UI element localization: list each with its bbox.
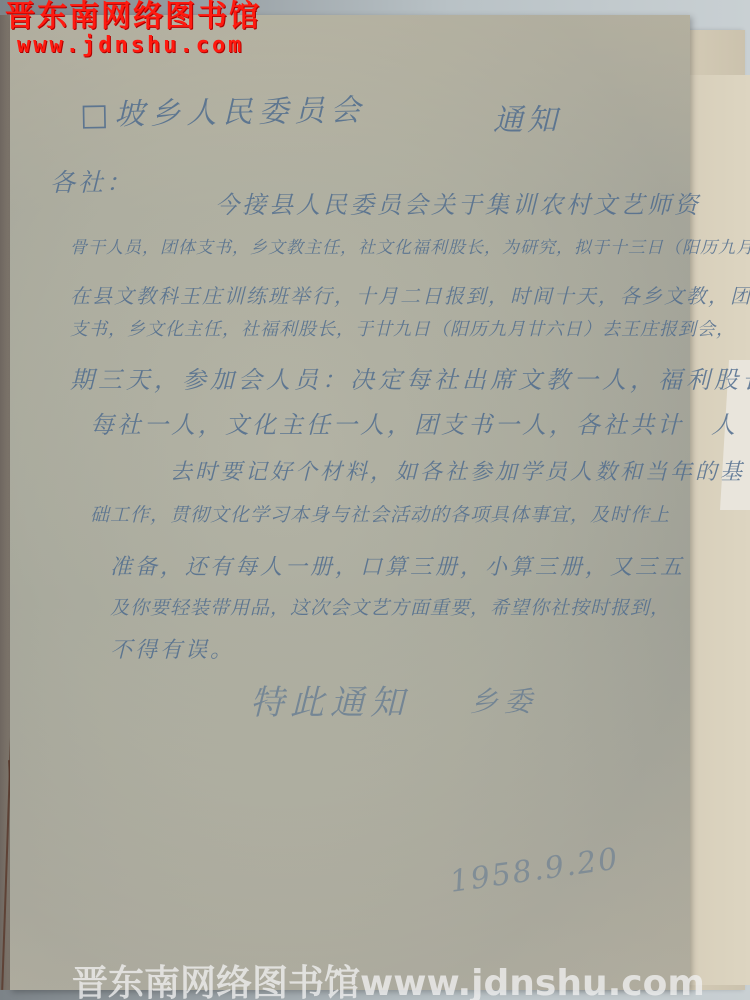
- closing-text: 特此通知: [250, 675, 410, 724]
- body-line-5: 期三天，参加会人员：决定每社出席文教一人，福利股长: [70, 360, 750, 395]
- seal-text: 乡委: [470, 680, 538, 720]
- body-line-9: 准备，还有每人一册，口算三册，小算三册，又三五: [110, 550, 685, 581]
- watermark-url: www.jdnshu.com: [5, 34, 261, 58]
- notice-heading: 通知: [493, 95, 561, 139]
- body-line-1: 今接县人民委员会关于集训农村文艺师资: [215, 185, 701, 220]
- body-line-11: 不得有误。: [110, 633, 235, 664]
- handwritten-notice: □坡乡人民委员会 通知 各社： 今接县人民委员会关于集训农村文艺师资 骨干人员，…: [10, 15, 690, 990]
- document-date: 1958.9.20: [448, 841, 622, 899]
- watermark-title: 晋东南网络图书馆: [5, 0, 261, 34]
- body-line-2: 骨干人员，团体支书，乡文教主任，社文化福利股长，为研究，拟于十三日（阳历九月）: [70, 233, 750, 258]
- body-line-4: 支书，乡文化主任，社福利股长，于廿九日（阳历九月廿六日）去王庄报到会，: [70, 315, 735, 341]
- body-line-7: 去时要记好个材料，如各社参加学员人数和当年的基: [170, 455, 745, 486]
- body-line-10: 及你要轻装带用品，这次会文艺方面重要，希望你社按时报到，: [110, 593, 670, 620]
- watermark-top: 晋东南网络图书馆 www.jdnshu.com: [5, 0, 261, 58]
- body-line-6: 每社一人，文化主任一人，团支书一人，各社共计 人: [90, 405, 738, 440]
- body-line-8: 础工作，贯彻文化学习本身与社会活动的各项具体事宜，及时作上: [90, 500, 670, 527]
- issuer-heading: □坡乡人民委员会: [80, 85, 367, 134]
- watermark-bottom: 晋东南网络图书馆www.jdnshu.com: [72, 955, 705, 1000]
- body-line-3: 在县文教科王庄训练班举行，十月二日报到，时间十天，各乡文教，团体: [70, 280, 750, 309]
- salutation: 各社：: [50, 163, 134, 199]
